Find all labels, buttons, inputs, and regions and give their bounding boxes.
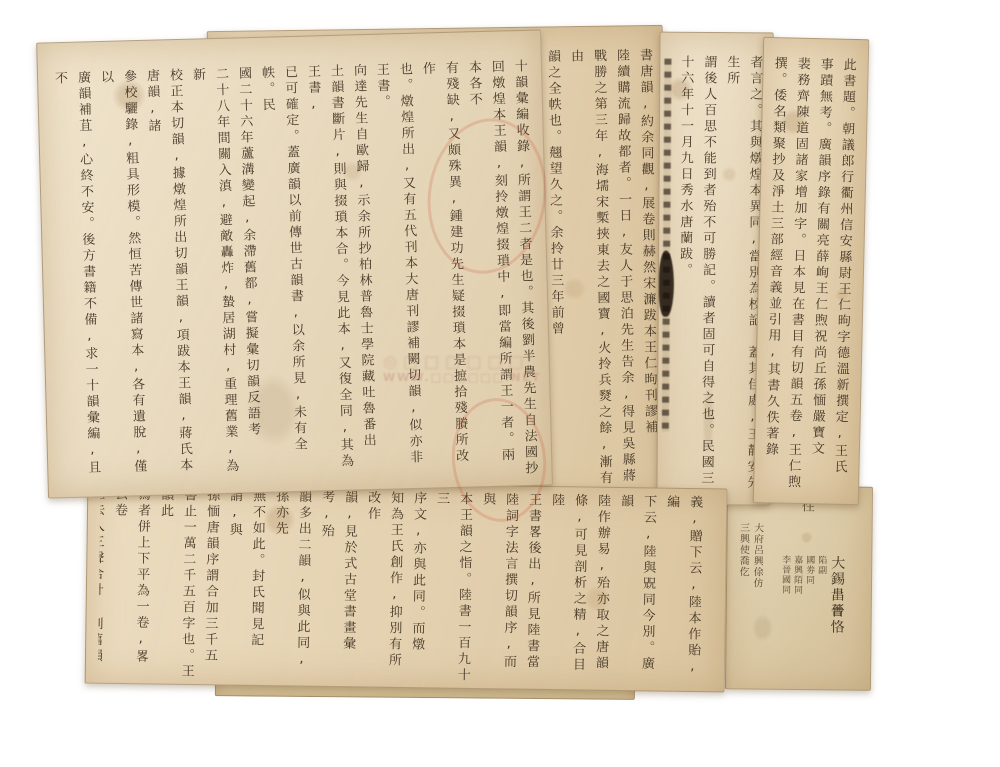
text-column: 韻多出二韻,似與此同,孫亦先 [267, 489, 316, 682]
text-column: 韻,見於式古堂書畫彙考,殆 [313, 490, 362, 683]
manuscript-photo: 書唐韻,約余同觀,展卷則赫然宋濂跋本王仁昫刊謬補陸續購流歸故都者。一日,友人于思… [0, 0, 1000, 767]
text-column: 謂後人百思不能到者殆不可勝記。讀者固可自得之也。民國三 [694, 55, 720, 496]
text-column: 義,贈下云,陸本作貽,編 [658, 495, 707, 688]
text-column: 知為王氏創作,抑別有所改作 [359, 490, 408, 683]
ink-blot [659, 251, 674, 317]
text-column: 條,可見剖析之精,合目陸 [543, 493, 592, 686]
text-columns-top-mid: 書唐韻,約余同觀,展卷則赫然宋濂跋本王仁昫刊謬補陸續購流歸故都者。一日,友人于思… [536, 48, 662, 496]
signature-side-chars: 陷副 [814, 555, 827, 675]
signature-block: 大錫昌晉恪 陷副 國劵同 嘉興陌同 李晉國同 [778, 555, 847, 676]
text-column: 王書畧後出,所見陸書當 [520, 493, 546, 685]
manuscript-sheet-bottom-right: 徃 大府呂興俆仿三興使喬仡 十善 大錫昌晉恪 陷副 國劵同 嘉興陌同 李晉國同 [725, 485, 873, 691]
text-column: 序文,亦與此同。而燉 [405, 491, 431, 683]
manuscript-sheet-top-right: 此書題。朝議郎行衢州信安縣尉王仁昫字德溫新撰定,王氏事蹟無考。廣韻序錄有關亮薛峋… [753, 37, 870, 505]
signature-main: 大錫昌晉恪 [826, 555, 847, 675]
signature-co-signer: 國劵同 [802, 555, 815, 675]
text-columns-bottom-main: 義,贈下云,陸本作貽,編下云,陸與㒭同今別。廣韻陸作辦易,殆亦取之唐韻條,可見剖… [98, 487, 707, 687]
manuscript-sheet-bottom-main: 義,贈下云,陸本作貽,編下云,陸與㒭同今別。廣韻陸作辦易,殆亦取之唐韻條,可見剖… [85, 480, 728, 693]
text-column: 陸作辦易,殆亦取之唐韻 [589, 494, 615, 686]
small-note-columns: 大府呂興俆仿三興使喬仡 [735, 522, 764, 632]
text-column: 寫者併上下平為一卷,畧去卷 [106, 487, 155, 680]
text-column: 無不如此。封氏聞見記謂,與 [221, 488, 270, 681]
text-columns-top-right: 此書題。朝議郎行衢州信安縣尉王仁昫字德溫新撰定,王氏事蹟無考。廣韻序錄有關亮薛峋… [760, 56, 860, 498]
text-column: 戰勝之第三年,海壖宋槧挾東去之國寶,火拎兵燹之餘,漸有由 [564, 49, 616, 496]
text-column: 大府呂興俆仿 [749, 522, 764, 632]
signature-co-signer: 李晉國同 [778, 555, 791, 675]
text-column: 三興使喬仡 [735, 522, 750, 632]
text-column: 下云,陸與㒭同今別。廣韻 [612, 494, 661, 687]
text-column: 書止一萬二千五百字也。王韻此 [152, 487, 201, 680]
folded-edge-ink-marks [662, 59, 672, 432]
text-column: 本王韻之恉。陸書一百九十三 [428, 491, 477, 684]
signature-co-signer: 嘉興陌同 [790, 555, 803, 675]
text-columns-top-right-mid: 者言之。其與燉煌本異同,當別為校記。蓋其佳處,王靜安先生所謂後人百思不能到者殆不… [673, 55, 766, 497]
text-column: 孫愐唐韻序謂合加三千五 [198, 488, 224, 680]
